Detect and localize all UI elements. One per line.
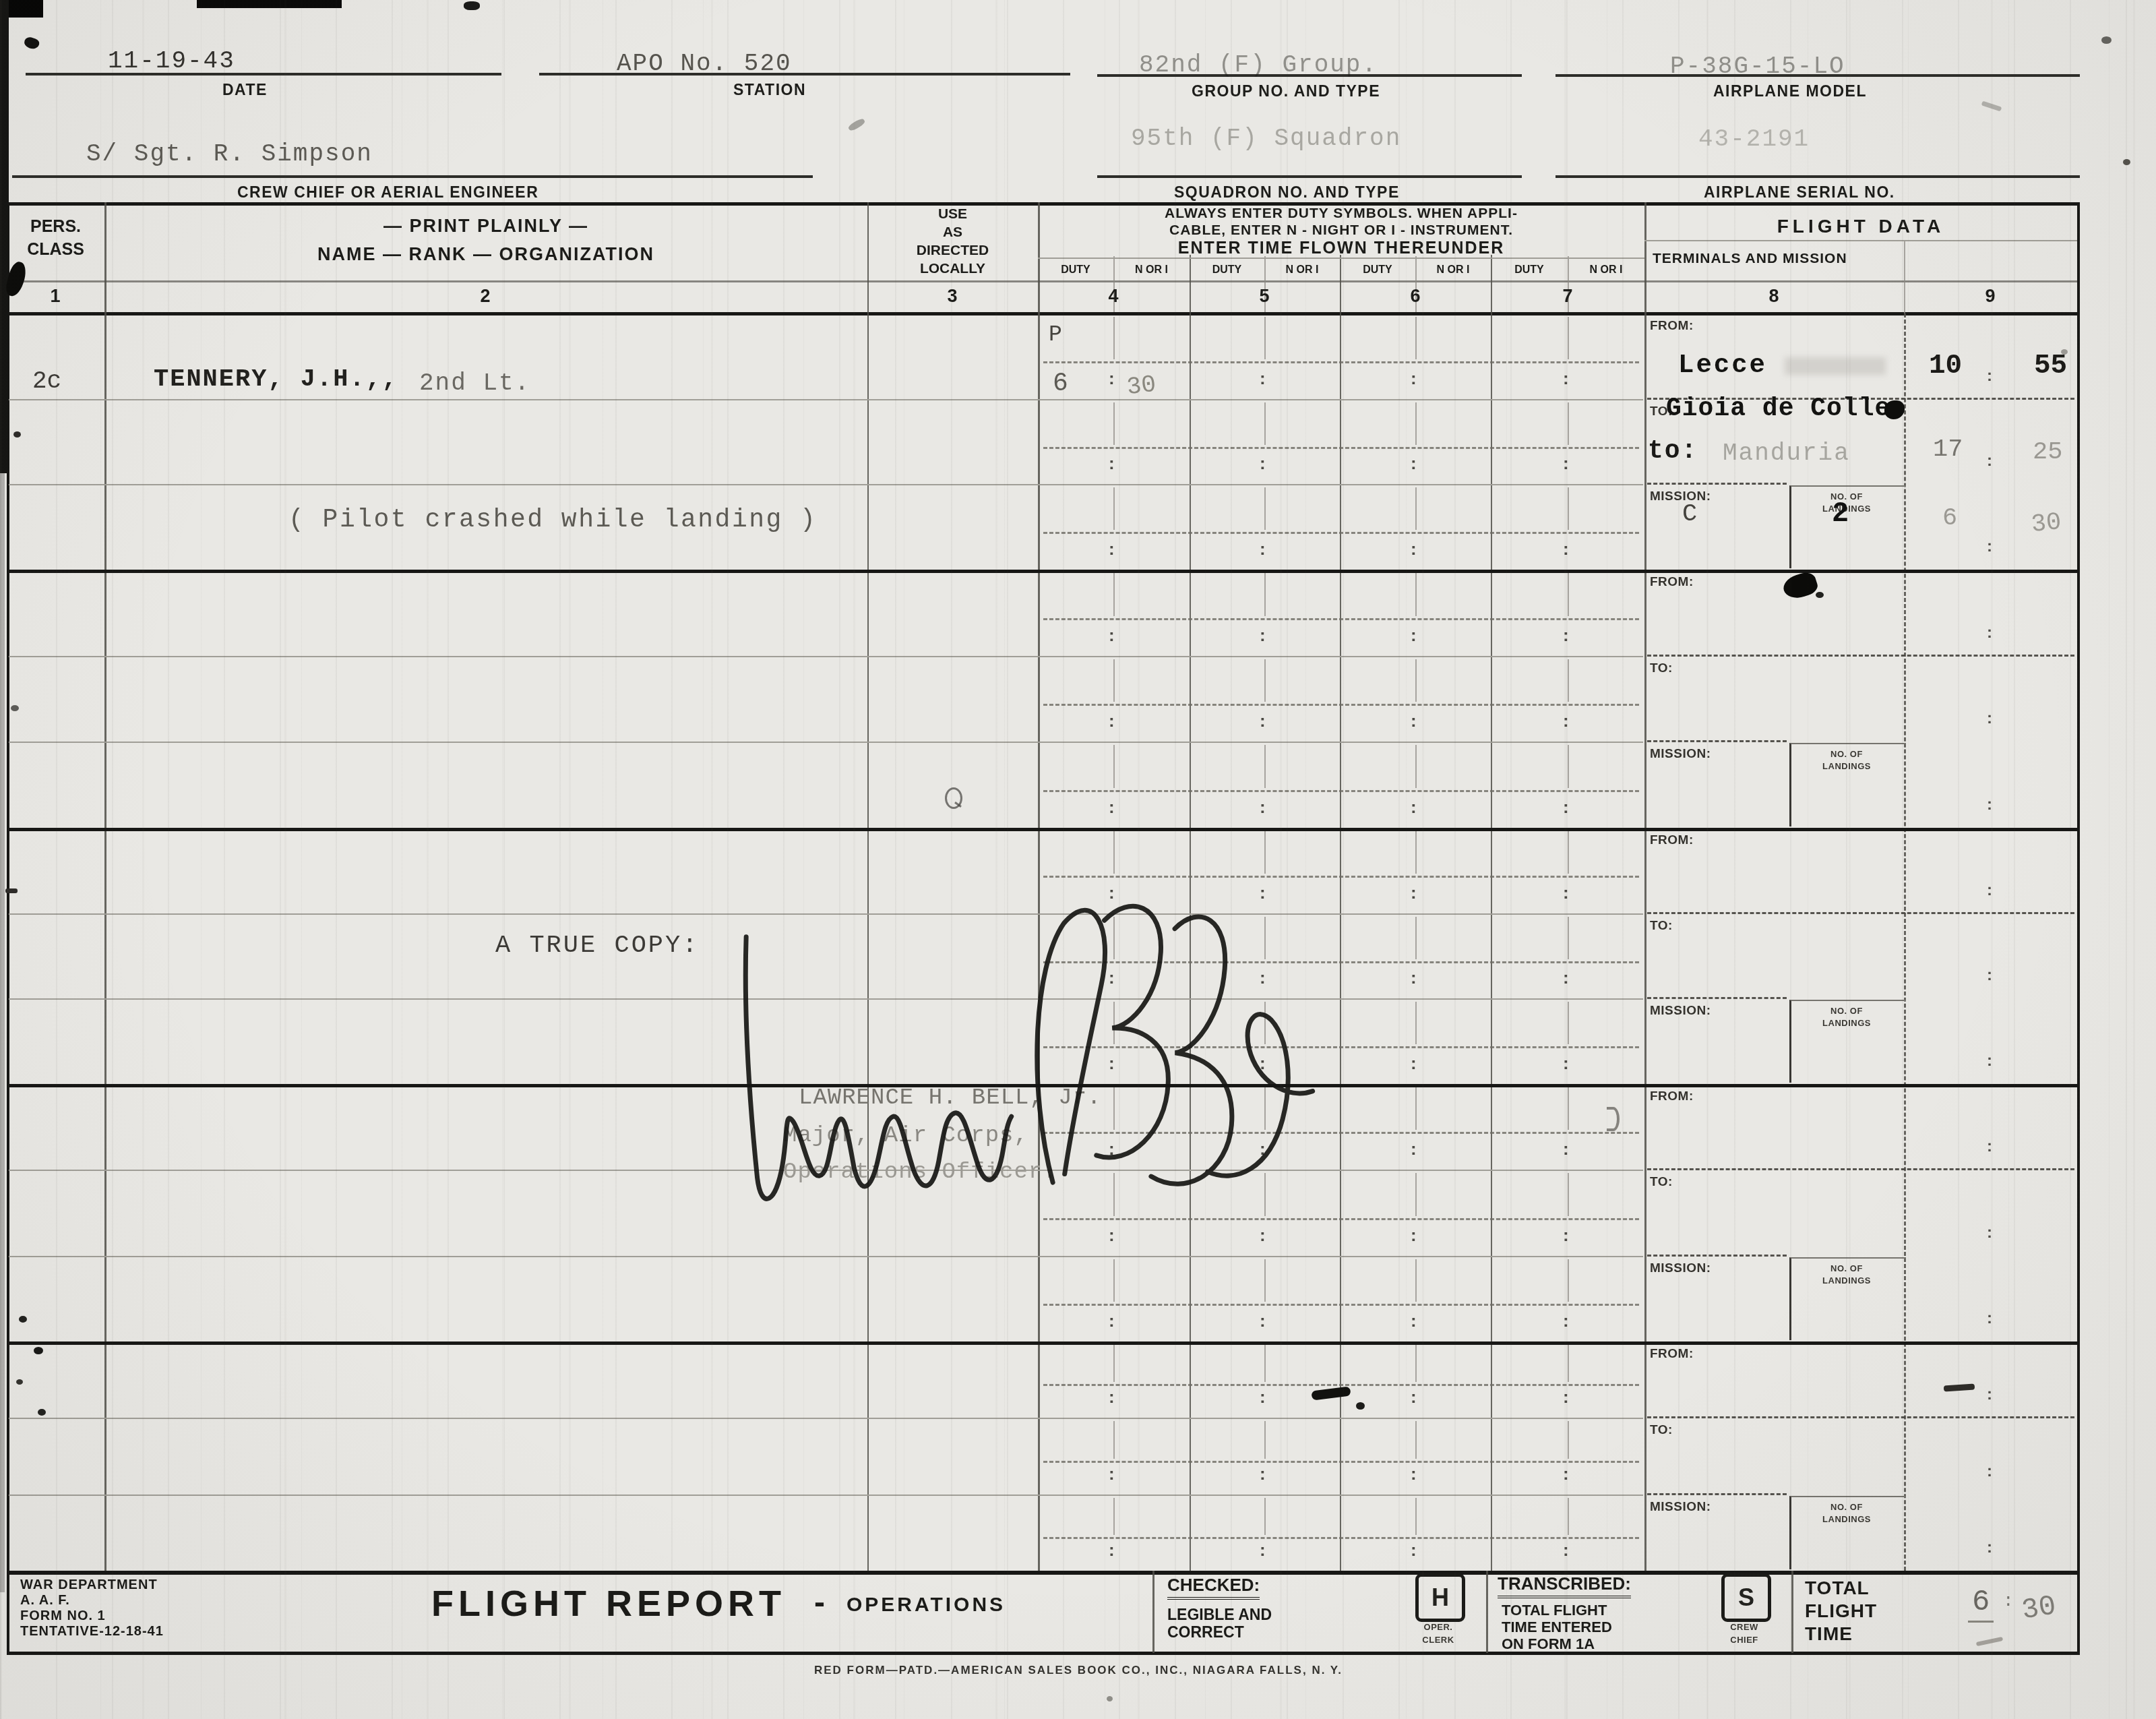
- col3-header-line1: USE: [867, 206, 1038, 222]
- duty-time-colon: :: [1563, 1464, 1569, 1484]
- duty-dashed-line: [1043, 704, 1639, 706]
- col3-header-line4: LOCALLY: [867, 261, 1038, 277]
- duty-center-line: [1113, 1498, 1115, 1535]
- flight-time-colon: :: [1987, 537, 1992, 556]
- transcribed-line1: TOTAL FLIGHT: [1502, 1602, 1607, 1619]
- mission-time-hours: 6: [1942, 504, 1957, 533]
- duty-center-line: [1264, 1498, 1266, 1535]
- duty-center-line: [1568, 573, 1569, 616]
- flight-time-colon: :: [1987, 367, 1992, 386]
- duty-time-colon: :: [1260, 625, 1266, 646]
- duty-center-line: [1568, 1421, 1569, 1459]
- flight-time-colon: :: [1987, 624, 1992, 642]
- total-label-line3: TIME: [1805, 1623, 1853, 1645]
- col-number-2: 2: [465, 286, 505, 307]
- to-label: TO:: [1650, 919, 1673, 934]
- duty6-nori-label: N OR I: [1415, 264, 1491, 276]
- flight-time-colon: :: [1987, 1224, 1992, 1242]
- duty-center-line: [1568, 659, 1569, 702]
- scan-top-blob: [464, 1, 480, 10]
- oper-clerk-initial: H: [1431, 1584, 1449, 1611]
- transcribed-line3: ON FORM 1A: [1502, 1635, 1595, 1653]
- scan-left-dot-3: [11, 705, 19, 711]
- transcribed-line2: TIME ENTERED: [1502, 1619, 1612, 1636]
- from-label: FROM:: [1650, 1089, 1694, 1104]
- duty5-label: DUTY: [1190, 264, 1264, 276]
- duty-time-colon: :: [1109, 1387, 1115, 1408]
- duty-center-line: [1568, 1002, 1569, 1044]
- duty-time-colon: :: [1260, 1387, 1266, 1408]
- duty4-label: DUTY: [1038, 264, 1113, 276]
- crew-chief-value: S/ Sgt. R. Simpson: [86, 140, 373, 168]
- form-info-line2: A. A. F.: [20, 1593, 70, 1608]
- duty-time-colon: :: [1563, 625, 1569, 646]
- scan-station-tick: [847, 117, 866, 132]
- from-label: FROM:: [1650, 575, 1694, 590]
- from-place-entry: Lecce: [1678, 351, 1767, 380]
- duty-center-line: [1264, 402, 1266, 445]
- duty-time-colon: :: [1411, 1053, 1417, 1074]
- duty-time-colon: :: [1260, 1310, 1266, 1331]
- to2-place-entry: Manduria: [1723, 440, 1850, 467]
- duty-center-line: [1568, 1087, 1569, 1130]
- duty-center-line: [1113, 1259, 1115, 1302]
- flightdata-dashed-line: [1647, 997, 1787, 999]
- duty-center-line: [1113, 745, 1115, 788]
- duty-center-line: [1264, 1421, 1266, 1459]
- duty-time-colon: :: [1563, 368, 1569, 389]
- duty-time-colon: :: [1411, 711, 1417, 731]
- bottom-strip-bottom: [7, 1652, 2080, 1655]
- pilot-name-entry: TENNERY, J.H.,,: [154, 365, 398, 394]
- colle-ink-blob: [1884, 400, 1905, 419]
- group-label: GROUP NO. AND TYPE: [1192, 82, 1380, 100]
- to-label: TO:: [1650, 1423, 1673, 1438]
- checked-line1: LEGIBLE AND: [1167, 1606, 1272, 1624]
- scan-left-dot-5: [34, 1347, 43, 1354]
- duty-symbol-entry: P: [1049, 322, 1062, 347]
- duty-dashed-line: [1043, 1304, 1639, 1306]
- from-label: FROM:: [1650, 833, 1694, 848]
- subrow-line: [9, 399, 1643, 400]
- block-separator: [7, 828, 2080, 831]
- block4-squiggle: [1607, 1107, 1620, 1131]
- duty-dashed-line: [1043, 618, 1639, 620]
- duty-time-hours: 6: [1053, 369, 1068, 398]
- duty-time-colon: :: [1563, 1053, 1569, 1074]
- flightdata-dashed-line: [1647, 912, 2074, 914]
- duty4-nori-label: N OR I: [1113, 264, 1190, 276]
- crew-chief-label: CREW CHIEF OR AERIAL ENGINEER: [237, 183, 538, 202]
- from-label: FROM:: [1650, 1347, 1694, 1362]
- flightdata-dashed-line: [1647, 655, 2074, 657]
- signature-scrawl: [726, 876, 1343, 1213]
- duty-time-colon: :: [1109, 625, 1115, 646]
- landings-entry: 2: [1832, 497, 1849, 530]
- landings-box-caption-line1: NO. OF: [1789, 1005, 1904, 1017]
- col2-header-line1: — PRINT PLAINLY —: [104, 216, 867, 237]
- terminals-header: TERMINALS AND MISSION: [1653, 251, 1847, 267]
- mission-code-entry: C: [1682, 500, 1697, 529]
- duty-center-line: [1415, 573, 1417, 616]
- duty-time-colon: :: [1411, 1464, 1417, 1484]
- flight-data-header: FLIGHT DATA: [1644, 216, 2077, 237]
- duty-center-line: [1415, 1498, 1417, 1535]
- duty-instruction-line3: ENTER TIME FLOWN THEREUNDER: [1038, 239, 1644, 258]
- crew-chief-underline: [12, 175, 813, 178]
- duty-time-colon: :: [1109, 539, 1115, 560]
- flight-time-colon: :: [1987, 1309, 1992, 1328]
- duty-center-line: [1113, 317, 1115, 359]
- flight-data-header-line: [1644, 240, 2077, 241]
- col1-header-line1: PERS.: [7, 217, 104, 237]
- duty-center-line: [1415, 317, 1417, 359]
- duty-time-colon: :: [1109, 1464, 1115, 1484]
- number-row-line: [7, 280, 2080, 282]
- block2-ink-blob: [1781, 570, 1820, 602]
- duty-time-colon: :: [1109, 711, 1115, 731]
- col2-divider: [867, 202, 869, 1571]
- duty-center-line: [1568, 917, 1569, 959]
- crew-chief-initial-box: S: [1721, 1573, 1771, 1622]
- date-underline: [26, 73, 501, 76]
- scan-left-dot-2: [13, 431, 21, 438]
- duty-time-colon: :: [1260, 453, 1266, 474]
- duty-center-line: [1113, 402, 1115, 445]
- flight-report-scan: 11-19-43 DATE APO No. 520 STATION 82nd (…: [0, 0, 2156, 1719]
- subrow-line: [9, 1256, 1643, 1257]
- mission-label: MISSION:: [1650, 489, 1711, 504]
- oper-clerk-caption-line1: OPER.: [1413, 1621, 1464, 1633]
- table-header-bottom: [7, 312, 2080, 315]
- duty-center-line: [1415, 745, 1417, 788]
- duty-time-colon: :: [1260, 1540, 1266, 1561]
- col-number-4: 4: [1093, 286, 1134, 307]
- flightdata-dashed-line: [1647, 483, 1787, 485]
- total-label-line1: TOTAL: [1805, 1577, 1870, 1599]
- duty-time-colon: :: [1109, 1540, 1115, 1561]
- duty-time-colon: :: [1411, 1310, 1417, 1331]
- total-time-minutes: 30: [2020, 1590, 2058, 1627]
- duty-center-line: [1568, 487, 1569, 530]
- oper-clerk-initial-box: H: [1415, 1573, 1465, 1622]
- duty-dashed-line: [1043, 361, 1639, 363]
- flight-time-colon: :: [1987, 795, 1992, 814]
- col-number-5: 5: [1244, 286, 1285, 307]
- mission-time-minutes: 30: [2030, 508, 2063, 539]
- bottom-dot: [1107, 1696, 1113, 1701]
- block5-dash-blob: [1311, 1387, 1351, 1401]
- duty-center-line: [1568, 831, 1569, 874]
- duty-time-colon: :: [1260, 711, 1266, 731]
- duty-center-line: [1113, 1345, 1115, 1382]
- duty-dashed-line: [1043, 876, 1639, 878]
- col1-header-line2: CLASS: [7, 240, 104, 260]
- landings-box-caption-line1: NO. OF: [1789, 1501, 1904, 1513]
- duty-center-line: [1264, 659, 1266, 702]
- duty-time-colon: :: [1260, 1464, 1266, 1484]
- duty-center-line: [1415, 487, 1417, 530]
- col5-divider: [1340, 255, 1341, 1571]
- flightdata-dashed-line: [1647, 1168, 2074, 1170]
- scan-left-edge-faint: [0, 473, 5, 1592]
- landings-box-caption-line2: LANDINGS: [1789, 760, 1904, 772]
- airplane-serial-underline: [1556, 175, 2080, 178]
- flightdata-dashed-line: [1647, 1255, 1787, 1257]
- duty-time-colon: :: [1109, 1310, 1115, 1331]
- duty-time-colon: :: [1563, 1225, 1569, 1246]
- duty-center-line: [1264, 317, 1266, 359]
- duty-time-colon: :: [1563, 882, 1569, 903]
- flight-time-colon: :: [1987, 1052, 1992, 1070]
- flight-time-colon: :: [1987, 709, 1992, 728]
- duty-time-colon: :: [1563, 967, 1569, 988]
- duty-time-colon: :: [1109, 453, 1115, 474]
- flight-time-colon: :: [1987, 881, 1992, 900]
- duty-center-line: [1264, 1259, 1266, 1302]
- crash-note: ( Pilot crashed while landing ): [288, 506, 817, 535]
- duty-time-colon: :: [1411, 625, 1417, 646]
- scan-left-dot-1: [23, 36, 40, 51]
- date-label: DATE: [222, 81, 268, 99]
- col-number-8: 8: [1754, 286, 1794, 307]
- duty-time-colon: :: [1563, 539, 1569, 560]
- pilot-rank-entry: 2nd Lt.: [419, 369, 530, 397]
- duty-center-line: [1415, 1421, 1417, 1459]
- duty-dashed-line: [1043, 1384, 1639, 1386]
- group-underline: [1097, 74, 1522, 77]
- duty5-nori-label: N OR I: [1264, 264, 1340, 276]
- transcribed-label: TRANSCRIBED:: [1498, 1573, 1631, 1598]
- col2-header-line2: NAME — RANK — ORGANIZATION: [104, 244, 867, 265]
- duty-center-line: [1568, 1259, 1569, 1302]
- flightdata-dashed-line: [1647, 1416, 2074, 1418]
- from-label: FROM:: [1650, 319, 1694, 334]
- duty-instruction-line1: ALWAYS ENTER DUTY SYMBOLS. WHEN APPLI-: [1038, 206, 1644, 222]
- col-number-1: 1: [35, 286, 75, 307]
- airplane-model-underline: [1556, 74, 2080, 77]
- duty7-nori-label: N OR I: [1568, 264, 1644, 276]
- landings-box-caption-line2: LANDINGS: [1789, 1275, 1904, 1286]
- crew-chief-caption-line1: CREW: [1719, 1621, 1770, 1633]
- scan-right-speck-2: [2123, 159, 2130, 165]
- col6-divider: [1491, 255, 1492, 1571]
- duty-time-colon: :: [1411, 1540, 1417, 1561]
- checked-cell-divider: [1152, 1571, 1154, 1653]
- landings-box-caption-line1: NO. OF: [1789, 748, 1904, 760]
- form-info-line3: FORM NO. 1: [20, 1608, 106, 1624]
- duty-center-line: [1568, 402, 1569, 445]
- date-value: 11-19-43: [108, 47, 235, 75]
- form-title: FLIGHT REPORT: [431, 1583, 786, 1625]
- landings-box-caption-line1: NO. OF: [1789, 1263, 1904, 1274]
- printer-imprint: RED FORM—PATD.—AMERICAN SALES BOOK CO., …: [741, 1664, 1415, 1677]
- duty-center-line: [1415, 1087, 1417, 1130]
- duty-center-line: [1568, 1345, 1569, 1382]
- duty-instruction-line2: CABLE, ENTER N - NIGHT OR I - INSTRUMENT…: [1038, 222, 1644, 239]
- crew-chief-caption-line2: CHIEF: [1719, 1634, 1770, 1646]
- to2-prefix-entry: to:: [1648, 437, 1698, 466]
- duty-time-colon: :: [1260, 368, 1266, 389]
- flight-time-colon: :: [1987, 452, 1992, 471]
- total-cell-divider: [1791, 1571, 1793, 1653]
- duty-dashed-line: [1043, 790, 1639, 792]
- duty-time-minutes: 30: [1126, 371, 1158, 402]
- duty-time-colon: :: [1109, 368, 1115, 389]
- col-number-3: 3: [932, 286, 973, 307]
- scan-right-speck-1: [2101, 36, 2112, 44]
- duty-center-line: [1415, 1345, 1417, 1382]
- block2-ink-blob-tail: [1816, 592, 1824, 598]
- from-time-hours: 10: [1929, 351, 1962, 382]
- to2-time-minutes: 25: [2033, 438, 2062, 466]
- scan-left-dot-4: [19, 1316, 27, 1323]
- mission-label: MISSION:: [1650, 747, 1711, 762]
- duty-time-colon: :: [1411, 368, 1417, 389]
- duty-dashed-line: [1043, 447, 1639, 449]
- duty-time-colon: :: [1260, 1225, 1266, 1246]
- airplane-model-label: AIRPLANE MODEL: [1713, 82, 1867, 100]
- duty-center-line: [1568, 1498, 1569, 1535]
- squadron-value: 95th (F) Squadron: [1131, 125, 1401, 152]
- duty-center-line: [1264, 573, 1266, 616]
- landings-box-caption-line2: LANDINGS: [1789, 1513, 1904, 1525]
- airplane-serial-label: AIRPLANE SERIAL NO.: [1704, 183, 1895, 202]
- duty-time-colon: :: [1411, 539, 1417, 560]
- subrow-line: [9, 742, 1643, 743]
- duty6-label: DUTY: [1340, 264, 1415, 276]
- to-label: TO:: [1650, 661, 1673, 676]
- subrow-line: [9, 1495, 1643, 1496]
- crew-chief-initial: S: [1738, 1584, 1754, 1611]
- total-label-line2: FLIGHT: [1805, 1600, 1877, 1622]
- station-label: STATION: [733, 81, 806, 99]
- scan-right-speck-3: [2061, 349, 2068, 355]
- station-underline: [539, 73, 1070, 76]
- duty-dashed-line: [1043, 1537, 1639, 1539]
- scan-left-dash: [5, 888, 18, 893]
- from-time-minutes: 55: [2034, 351, 2067, 382]
- airplane-serial-value: 43-2191: [1698, 125, 1810, 153]
- duty-dashed-line: [1043, 532, 1639, 534]
- duty-center-line: [1415, 917, 1417, 959]
- col1-divider: [104, 202, 106, 1571]
- duty-time-colon: :: [1411, 797, 1417, 818]
- duty-center-line: [1264, 831, 1266, 874]
- col3-header-line3: DIRECTED: [867, 243, 1038, 259]
- duty-time-colon: :: [1260, 797, 1266, 818]
- duty-time-colon: :: [1109, 1225, 1115, 1246]
- mission-label: MISSION:: [1650, 1004, 1711, 1019]
- duty-center-line: [1415, 1259, 1417, 1302]
- duty-center-line: [1415, 1002, 1417, 1044]
- col-number-7: 7: [1547, 286, 1588, 307]
- duty-center-line: [1415, 659, 1417, 702]
- subrow-line: [9, 484, 1643, 485]
- col-number-9: 9: [1970, 286, 2010, 307]
- duty-center-line: [1264, 1345, 1266, 1382]
- col3-header-line2: AS: [867, 224, 1038, 241]
- col7-divider: [1644, 202, 1646, 1571]
- duty-center-line: [1113, 831, 1115, 874]
- duty-time-colon: :: [1563, 1387, 1569, 1408]
- duty-time-colon: :: [1260, 539, 1266, 560]
- form-info-line1: WAR DEPARTMENT: [20, 1577, 158, 1593]
- duty-center-line: [1415, 831, 1417, 874]
- duty-dashed-line: [1043, 1461, 1639, 1463]
- flight-time-colon: :: [1987, 966, 1992, 985]
- squadron-label: SQUADRON NO. AND TYPE: [1174, 183, 1400, 202]
- flightdata-dashed-line: [1647, 1493, 1787, 1495]
- scan-left-dot-6: [16, 1379, 23, 1385]
- true-copy-note: A TRUE COPY:: [495, 932, 699, 960]
- duty-center-line: [1415, 402, 1417, 445]
- duty-time-colon: :: [1411, 1387, 1417, 1408]
- scan-top-bar: [197, 0, 342, 8]
- block-separator: [7, 570, 2080, 573]
- mission-label: MISSION:: [1650, 1261, 1711, 1276]
- duty-time-colon: :: [1563, 1139, 1569, 1159]
- duty-time-colon: :: [1563, 453, 1569, 474]
- to-place-entry: Gioia de Colle: [1666, 394, 1890, 423]
- total-time-pencil-tick: [1976, 1637, 2003, 1646]
- duty-time-colon: :: [1109, 797, 1115, 818]
- flightdata-dashed-line: [1647, 740, 1787, 742]
- duty-center-line: [1113, 1421, 1115, 1459]
- subrow-line: [9, 656, 1643, 657]
- pers-class-entry: 2c: [32, 367, 61, 395]
- duty-center-line: [1113, 487, 1115, 530]
- subrow-line: [9, 1418, 1643, 1419]
- duty-dashed-line: [1043, 1218, 1639, 1220]
- transcribed-cell-divider: [1486, 1571, 1488, 1653]
- form-title-suffix: OPERATIONS: [846, 1594, 1006, 1617]
- scan-right-dash-1: [1981, 101, 2002, 112]
- duty-time-colon: :: [1563, 711, 1569, 731]
- form-info-line4: TENTATIVE-12-18-41: [20, 1624, 164, 1639]
- checked-label: CHECKED:: [1167, 1575, 1260, 1600]
- duty-center-line: [1568, 1173, 1569, 1216]
- duty-center-line: [1113, 573, 1115, 616]
- duty-center-line: [1415, 1173, 1417, 1216]
- flight-time-colon: :: [1987, 1538, 1992, 1557]
- landings-box-caption-line2: LANDINGS: [1789, 1017, 1904, 1029]
- duty-center-line: [1264, 487, 1266, 530]
- flight-time-colon: :: [1987, 1385, 1992, 1404]
- squadron-underline: [1097, 175, 1522, 178]
- oper-clerk-caption-line2: CLERK: [1413, 1634, 1464, 1646]
- block5-dot: [1356, 1402, 1365, 1410]
- scan-left-edge: [0, 0, 9, 473]
- flight-time-colon: :: [1987, 1137, 1992, 1156]
- duty7-label: DUTY: [1491, 264, 1568, 276]
- duty-time-colon: :: [1411, 1225, 1417, 1246]
- duty-time-colon: :: [1563, 797, 1569, 818]
- block5-right-dash: [1944, 1383, 1975, 1391]
- flight-time-colon: :: [1987, 1462, 1992, 1481]
- table-right-border: [2077, 202, 2080, 1653]
- scan-left-dot-7: [38, 1409, 46, 1416]
- block-separator: [7, 1341, 2080, 1345]
- duty-time-colon: :: [1411, 1139, 1417, 1159]
- total-time-hours: 6: [1968, 1586, 1994, 1623]
- duty-center-line: [1568, 317, 1569, 359]
- form-title-dash: -: [814, 1584, 825, 1621]
- to-label: TO:: [1650, 1175, 1673, 1190]
- mission-label: MISSION:: [1650, 1500, 1711, 1515]
- duty-time-colon: :: [1411, 453, 1417, 474]
- duty-time-colon: :: [1563, 1310, 1569, 1331]
